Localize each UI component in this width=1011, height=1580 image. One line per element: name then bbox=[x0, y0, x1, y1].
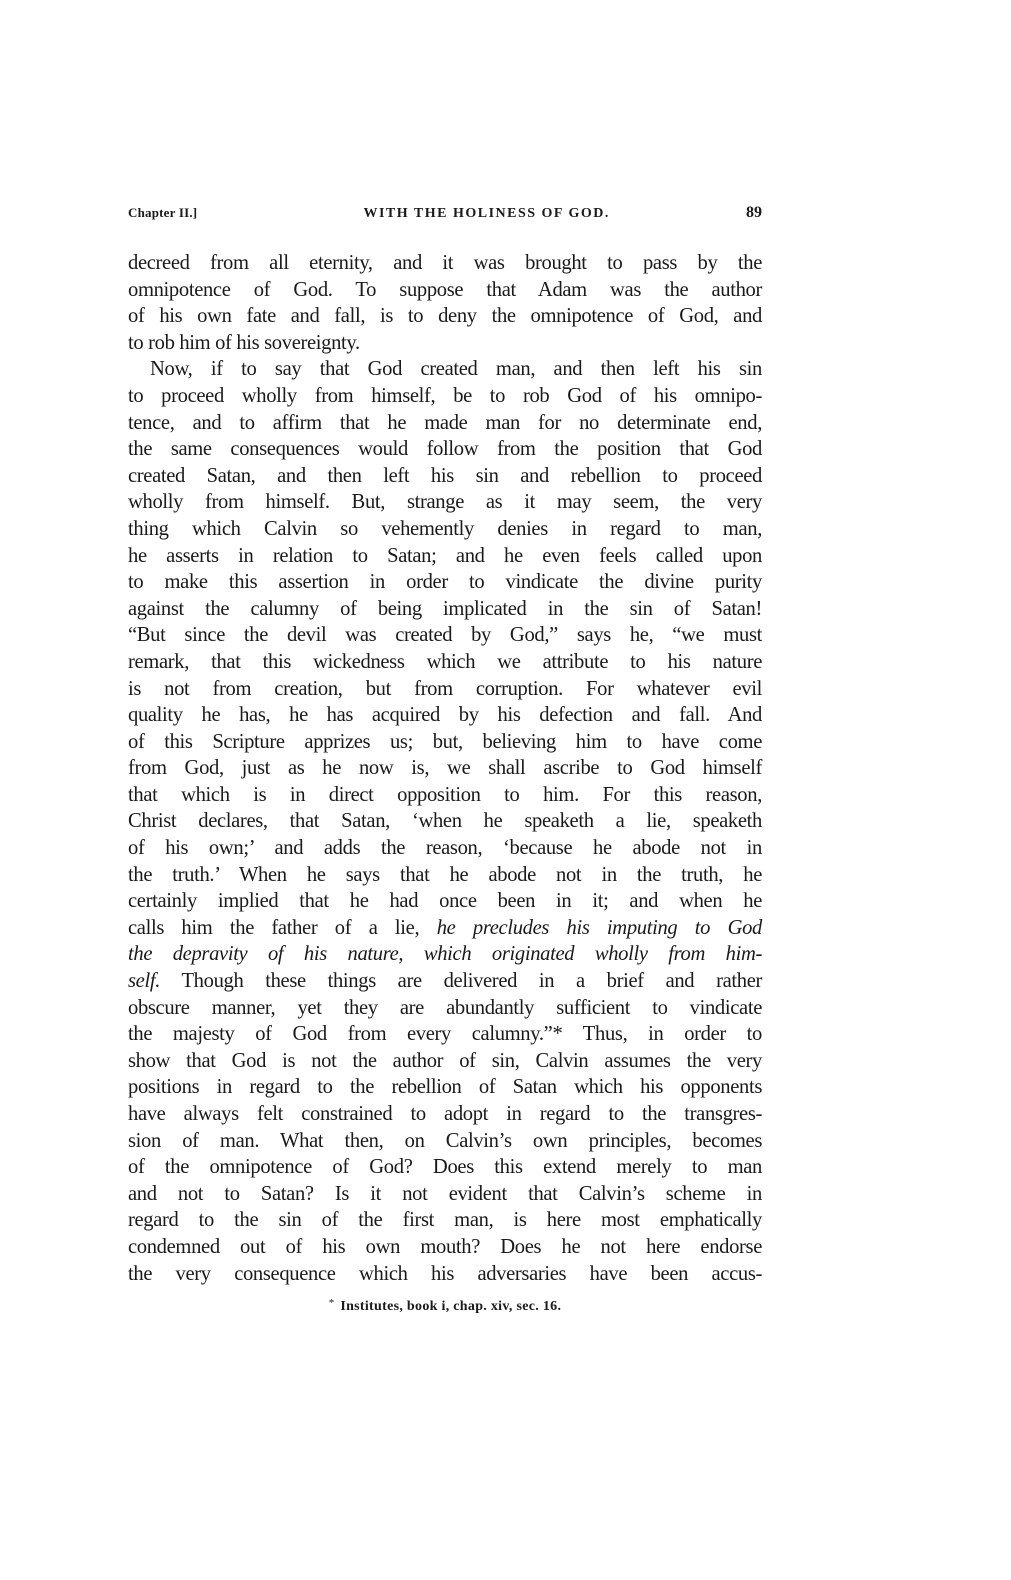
text-line: have always felt constrained to adopt in… bbox=[128, 1101, 762, 1128]
text-line: that which is in direct opposition to hi… bbox=[128, 782, 762, 809]
text-line: regard to the sin of the first man, is h… bbox=[128, 1207, 762, 1234]
text-line: is not from creation, but from corruptio… bbox=[128, 676, 762, 703]
text-line: against the calumny of being implicated … bbox=[128, 596, 762, 623]
text-line: to make this assertion in order to vindi… bbox=[128, 569, 762, 596]
text-line-mixed: self. Though these things are delivered … bbox=[128, 968, 762, 995]
text-line: he asserts in relation to Satan; and he … bbox=[128, 543, 762, 570]
text-line-italic: the depravity of his nature, which origi… bbox=[128, 941, 762, 968]
text-line: of his own;’ and adds the reason, ‘becau… bbox=[128, 835, 762, 862]
text-line: thing which Calvin so vehemently denies … bbox=[128, 516, 762, 543]
text-line: condemned out of his own mouth? Does he … bbox=[128, 1234, 762, 1261]
text-line: the very consequence which his adversari… bbox=[128, 1261, 762, 1288]
running-head: Chapter II.] WITH THE HOLINESS OF GOD. 8… bbox=[128, 196, 762, 230]
page-number: 89 bbox=[746, 196, 762, 230]
italic-text: the depravity of his nature, which origi… bbox=[128, 943, 762, 965]
text-line-mixed: calls him the father of a lie, he preclu… bbox=[128, 915, 762, 942]
text-line: quality he has, he has acquired by his d… bbox=[128, 702, 762, 729]
chapter-label: Chapter II.] bbox=[128, 196, 197, 230]
text-line: created Satan, and then left his sin and… bbox=[128, 463, 762, 490]
text-line: of this Scripture apprizes us; but, beli… bbox=[128, 729, 762, 756]
text-line: and not to Satan? Is it not evident that… bbox=[128, 1181, 762, 1208]
plain-text: calls him the father of a lie, bbox=[128, 917, 437, 939]
text-line: tence, and to affirm that he made man fo… bbox=[128, 410, 762, 437]
italic-text: he precludes his imputing to God bbox=[437, 917, 762, 939]
text-line: from God, just as he now is, we shall as… bbox=[128, 755, 762, 782]
text-line: show that God is not the author of sin, … bbox=[128, 1048, 762, 1075]
text-line: obscure manner, yet they are abundantly … bbox=[128, 995, 762, 1022]
footnote: * Institutes, book i, chap. xiv, sec. 16… bbox=[128, 1297, 762, 1315]
text-line: omnipotence of God. To suppose that Adam… bbox=[128, 277, 762, 304]
footnote-text: Institutes, book i, chap. xiv, sec. 16. bbox=[340, 1299, 561, 1314]
text-line: the same consequences would follow from … bbox=[128, 436, 762, 463]
body-text: decreed from all eternity, and it was br… bbox=[128, 250, 762, 1287]
text-line: to rob him of his sovereignty. bbox=[128, 330, 762, 357]
text-line: of the omnipotence of God? Does this ext… bbox=[128, 1154, 762, 1181]
text-line: the truth.’ When he says that he abode n… bbox=[128, 862, 762, 889]
text-line: Christ declares, that Satan, ‘when he sp… bbox=[128, 808, 762, 835]
text-line: wholly from himself. But, strange as it … bbox=[128, 489, 762, 516]
book-page: Chapter II.] WITH THE HOLINESS OF GOD. 8… bbox=[128, 196, 762, 1315]
text-line: “But since the devil was created by God,… bbox=[128, 622, 762, 649]
text-line: the majesty of God from every calumny.”*… bbox=[128, 1021, 762, 1048]
plain-text: Though these things are delivered in a b… bbox=[160, 970, 762, 992]
text-line: to proceed wholly from himself, be to ro… bbox=[128, 383, 762, 410]
text-line: positions in regard to the rebellion of … bbox=[128, 1074, 762, 1101]
running-title: WITH THE HOLINESS OF GOD. bbox=[363, 197, 609, 231]
text-line: remark, that this wickedness which we at… bbox=[128, 649, 762, 676]
text-line: certainly implied that he had once been … bbox=[128, 888, 762, 915]
text-line: sion of man. What then, on Calvin’s own … bbox=[128, 1128, 762, 1155]
text-line: decreed from all eternity, and it was br… bbox=[128, 250, 762, 277]
text-line: Now, if to say that God created man, and… bbox=[128, 356, 762, 383]
italic-text: self. bbox=[128, 970, 160, 992]
footnote-mark: * bbox=[329, 1297, 335, 1309]
text-line: of his own fate and fall, is to deny the… bbox=[128, 303, 762, 330]
